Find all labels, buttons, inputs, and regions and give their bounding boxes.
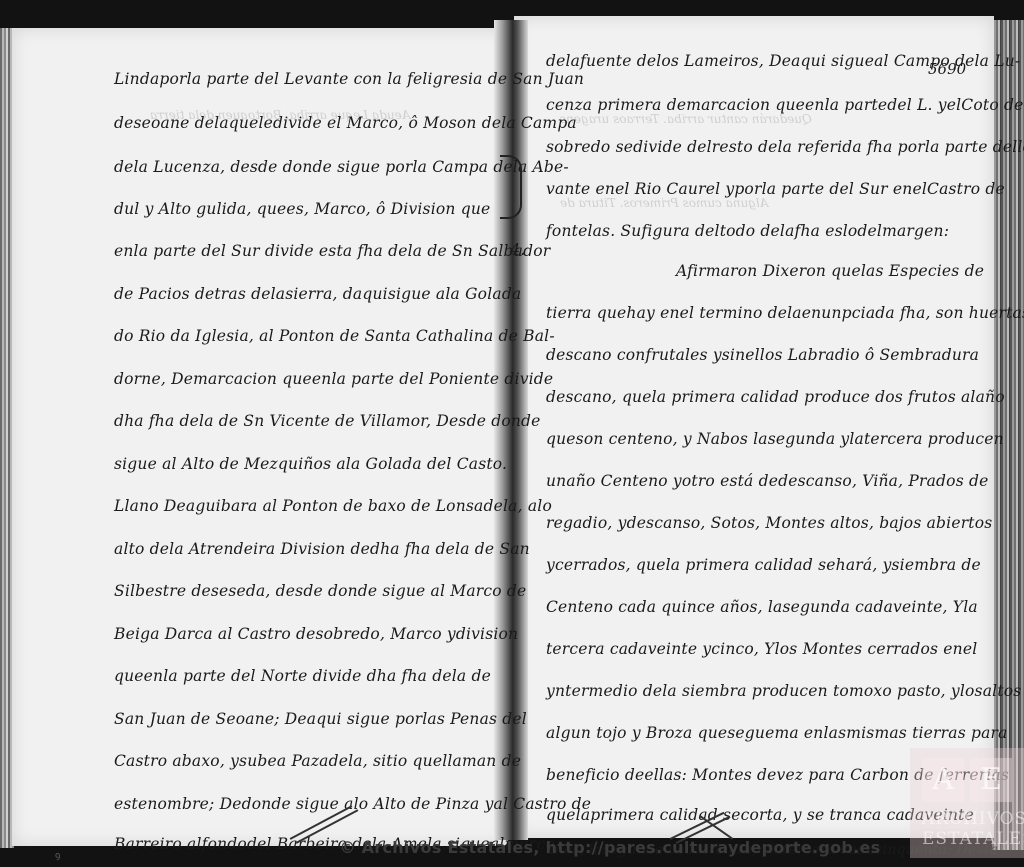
margin-note-number: 4. bbox=[510, 240, 525, 259]
manuscript-line: queenla parte del Norte divide dha fha d… bbox=[114, 667, 491, 685]
manuscript-line: unaño Centeno yotro está dedescanso, Viñ… bbox=[546, 472, 988, 490]
manuscript-line: cenza primera demarcacion queenla parted… bbox=[546, 96, 1023, 114]
manuscript-line: dul y Alto gulida, quees, Marco, ô Divis… bbox=[114, 200, 490, 218]
logo-text-line1: ARCHIVOS bbox=[922, 810, 1024, 828]
manuscript-line: Silbestre deseseda, desde donde sigue al… bbox=[114, 582, 526, 600]
manuscript-line: Castro abaxo, ysubea Pazadela, sitio que… bbox=[114, 752, 521, 770]
manuscript-line: fontelas. Sufigura deltodo delafha eslod… bbox=[546, 222, 949, 240]
manuscript-line: sobredo sedivide delresto dela referida … bbox=[546, 138, 1024, 156]
manuscript-line: ycerrados, quela primera calidad sehará,… bbox=[546, 556, 981, 574]
logo-letter-e: E bbox=[970, 758, 1012, 802]
manuscript-line: deseoane delaqueledivide el Marco, ô Mos… bbox=[114, 114, 577, 132]
margin-bracket-mark bbox=[500, 155, 522, 219]
manuscript-line: regadio, ydescanso, Sotos, Montes altos,… bbox=[546, 514, 992, 532]
manuscript-line: San Juan de Seoane; Deaqui sigue porlas … bbox=[114, 710, 527, 728]
folio-number: 5690 bbox=[928, 60, 966, 78]
manuscript-line: do Rio da Iglesia, al Ponton de Santa Ca… bbox=[114, 327, 555, 345]
bleed-through-text: Quedarán cantur arriba. Terraos uragens bbox=[560, 112, 812, 126]
page-corner-mark: ꝯ bbox=[55, 848, 60, 861]
manuscript-line: queson centeno, y Nabos lasegunda ylater… bbox=[546, 430, 1004, 448]
manuscript-line: descano confrutales ysinellos Labradio ô… bbox=[546, 346, 979, 364]
manuscript-line: yntermedio dela siembra producen tomoxo … bbox=[546, 682, 1021, 700]
manuscript-line: vante enel Rio Caurel yporla parte del S… bbox=[546, 180, 1005, 198]
manuscript-line: Afirmaron Dixeron quelas Especies de bbox=[676, 262, 984, 280]
manuscript-line: tierra quehay enel termino delaenunpciad… bbox=[546, 304, 1024, 322]
manuscript-line: dha fha dela de Sn Vicente de Villamor, … bbox=[114, 412, 541, 430]
manuscript-line: enla parte del Sur divide esta fha dela … bbox=[114, 242, 550, 260]
logo-text-line2: ESTATALES bbox=[922, 830, 1024, 848]
manuscript-line: de Pacios detras delasierra, daquisigue … bbox=[114, 285, 521, 303]
manuscript-line: Beiga Darca al Castro desobredo, Marco y… bbox=[114, 625, 518, 643]
manuscript-line: Lindaporla parte del Levante con la feli… bbox=[114, 70, 584, 88]
manuscript-line: sigue al Alto de Mezquiños ala Golada de… bbox=[114, 455, 507, 473]
manuscript-line: dorne, Demarcacion queenla parte del Pon… bbox=[114, 370, 553, 388]
manuscript-line: Llano Deaguibara al Ponton de baxo de Lo… bbox=[114, 497, 552, 515]
logo-letter-a: A bbox=[922, 758, 964, 802]
manuscript-line: algun tojo y Broza queseguema enlasmisma… bbox=[546, 724, 1008, 742]
manuscript-line: alto dela Atrendeira Division dedha fha … bbox=[114, 540, 530, 558]
manuscript-line: descano, quela primera calidad produce d… bbox=[546, 388, 1005, 406]
manuscript-line: tercera cadaveinte ycinco, Ylos Montes c… bbox=[546, 640, 977, 658]
manuscript-line: Centeno cada quince años, lasegunda cada… bbox=[546, 598, 978, 616]
archivos-estatales-logo: A E ARCHIVOS ESTATALES bbox=[910, 748, 1024, 858]
bleed-through-text: Alguna cumos Primeros. Titura de bbox=[560, 196, 768, 210]
copyright-watermark: © Archivos Estatales, http://pares.cultu… bbox=[300, 838, 920, 857]
